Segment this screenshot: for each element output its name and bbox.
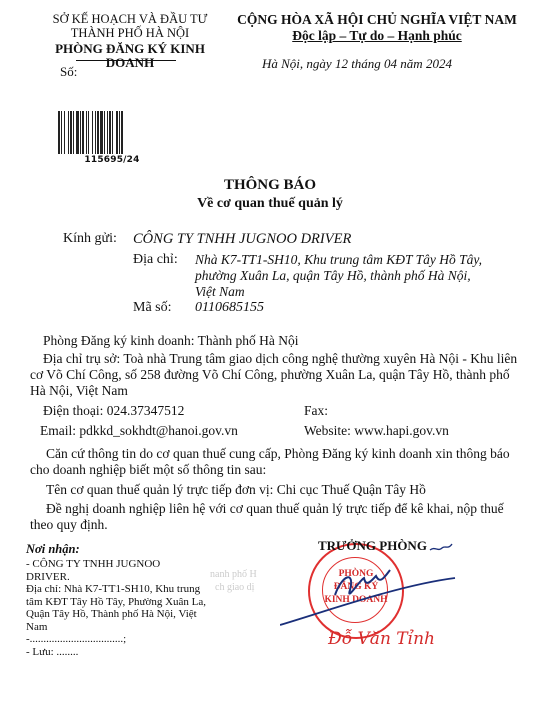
barcode [58,111,162,154]
office-phone: Điện thoại: 024.37347512 [43,403,184,419]
office-fax: Fax: [304,403,328,419]
bleed-through-text: nanh phố H ch giao dị [210,568,264,594]
body-paragraph-2: Tên cơ quan thuế quản lý trực tiếp đơn v… [46,482,426,498]
recipients-line: -..................................; [26,633,206,646]
agency-line-1: SỞ KẾ HOẠCH VÀ ĐẦU TƯ [30,12,230,26]
issuing-agency: SỞ KẾ HOẠCH VÀ ĐẦU TƯ THÀNH PHỐ HÀ NỘI P… [30,12,230,70]
recipient-label: Kính gửi: [63,231,117,247]
recipients-line: - CÔNG TY TNHH JUGNOO DRIVER. [26,558,206,583]
agency-line-2: THÀNH PHỐ HÀ NỘI [30,26,230,40]
barcode-number: 115695/24 [62,155,162,165]
agency-underline [76,60,176,61]
body-paragraph-3: Đề nghị doanh nghiệp liên hệ với cơ quan… [30,501,520,533]
signature-icon [280,540,460,650]
body-paragraph-1: Căn cứ thông tin do cơ quan thuế cung cấ… [30,446,520,478]
recipient-company: CÔNG TY TNHH JUGNOO DRIVER [133,231,351,248]
office-address: Địa chỉ trụ sở: Toà nhà Trung tâm giao d… [30,351,520,399]
office-name: Phòng Đăng ký kinh doanh: Thành phố Hà N… [43,333,298,349]
recipient-address-label: Địa chỉ: [133,252,178,268]
recipients-line: - Lưu: ........ [26,646,206,659]
tax-code-label: Mã số: [133,300,172,316]
office-email[interactable]: Email: pdkkd_sokhdt@hanoi.gov.vn [40,423,238,439]
office-website[interactable]: Website: www.hapi.gov.vn [304,423,449,439]
document-subtitle: Về cơ quan thuế quản lý [0,196,540,212]
recipients-line: Địa chỉ: Nhà K7-TT1-SH10, Khu trung tâm … [26,583,206,633]
recipients-title: Nơi nhận: [26,542,80,557]
recipients-list: - CÔNG TY TNHH JUGNOO DRIVER. Địa chỉ: N… [26,558,206,658]
nation-motto: Độc lập – Tự do – Hạnh phúc [222,28,532,44]
recipient-address: Nhà K7-TT1-SH10, Khu trung tâm KĐT Tây H… [195,252,485,300]
nation-title: CỘNG HÒA XÃ HỘI CHỦ NGHĨA VIỆT NAM [222,12,532,28]
tax-code: 0110685155 [195,300,264,316]
document-title: THÔNG BÁO [0,177,540,194]
document-number-label: Số: [60,64,77,80]
national-header: CỘNG HÒA XÃ HỘI CHỦ NGHĨA VIỆT NAM Độc l… [222,12,532,44]
dateline: Hà Nội, ngày 12 tháng 04 năm 2024 [262,56,452,72]
